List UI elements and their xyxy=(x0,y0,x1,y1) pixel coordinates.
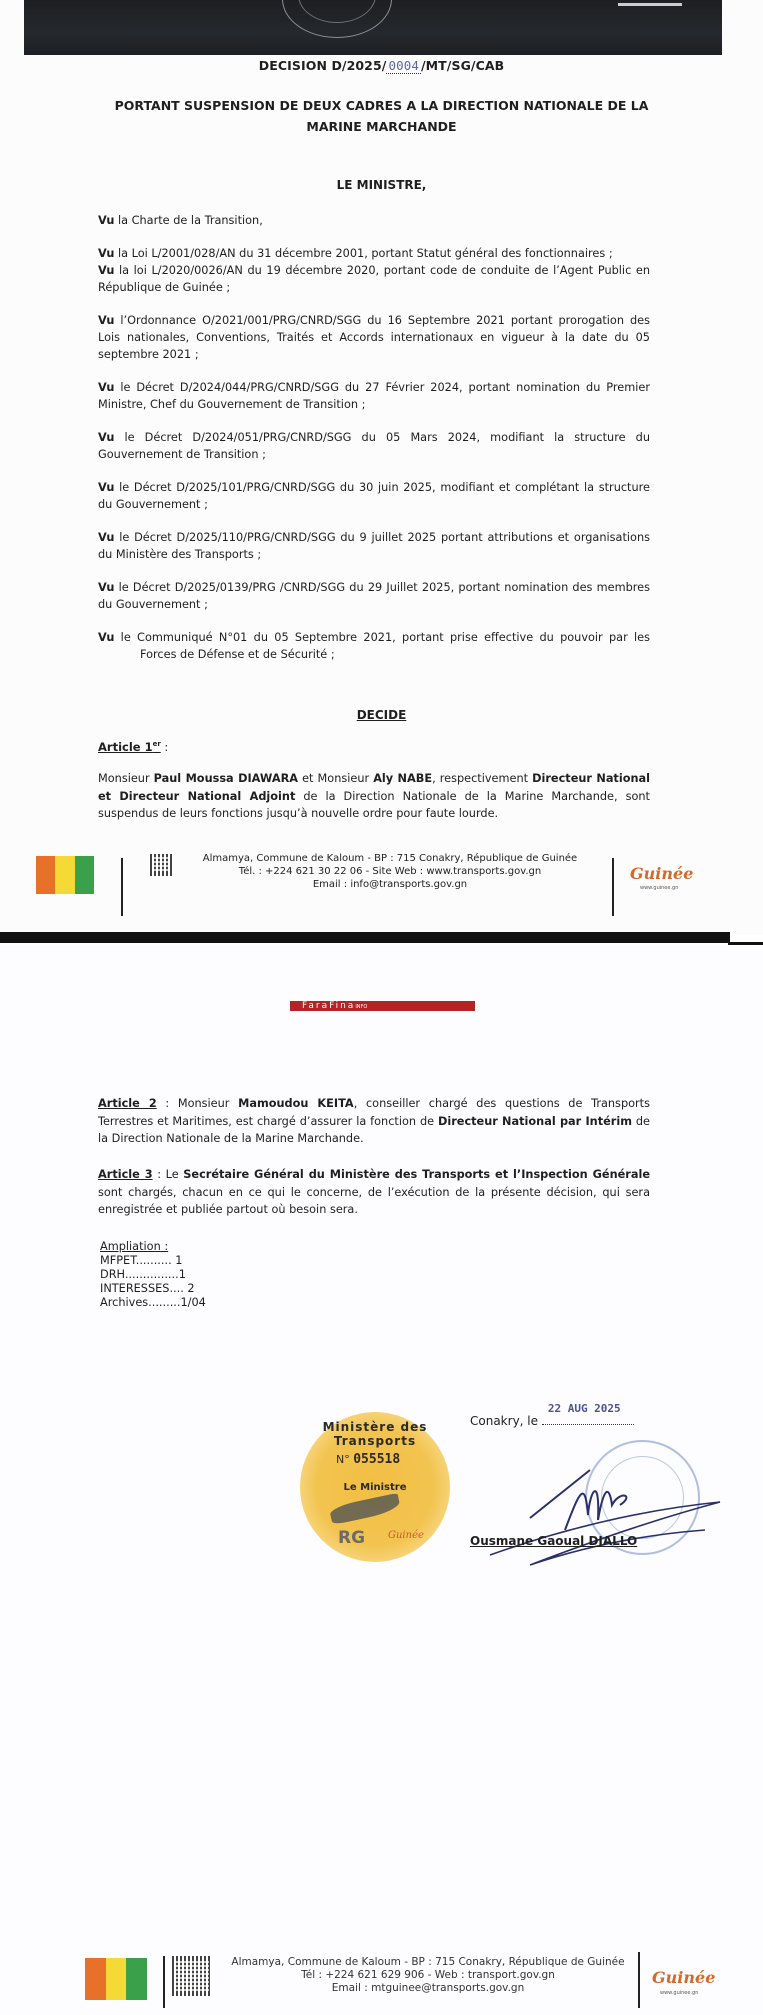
ampliation-title: Ampliation : xyxy=(100,1240,206,1254)
emphasized-text: Paul Moussa DIAWARA xyxy=(154,772,298,785)
stamp-number-label: N° xyxy=(336,1453,350,1466)
footer-address: Almamya, Commune de Kaloum - BP : 715 Co… xyxy=(175,852,605,865)
ampliation-item: INTERESSES.... 2 xyxy=(100,1282,206,1296)
footer-divider-left xyxy=(121,858,123,916)
considerant-item: Vu l’Ordonnance O/2021/001/PRG/CNRD/SGG … xyxy=(98,312,650,363)
considerant-item: Vu le Décret D/2025/101/PRG/CNRD/SGG du … xyxy=(98,479,650,513)
footer-phone-web: Tél. : +224 621 30 22 06 - Site Web : ww… xyxy=(175,865,605,878)
qr-code-icon xyxy=(150,854,172,876)
guinee-brand-logo: Guinée xyxy=(630,864,693,883)
page-separator xyxy=(0,932,730,943)
emphasized-text: Aly NABE xyxy=(373,772,432,785)
footer-address: Almamya, Commune de Kaloum - BP : 715 Co… xyxy=(222,1956,634,1969)
footer-email: Email : mtguinee@transports.gov.gn xyxy=(222,1982,634,1995)
date-line: 22 AUG 2025 xyxy=(542,1413,634,1425)
watermark-text: FaraFina xyxy=(302,1001,355,1011)
flag-green-band xyxy=(75,856,94,894)
footer-divider-right xyxy=(638,1952,640,2008)
article-label: Article 3 xyxy=(98,1168,153,1181)
guinee-brand-url: www.guinee.gn xyxy=(660,1990,698,1996)
signature-icon xyxy=(470,1460,730,1570)
considerant-lead: Vu xyxy=(98,264,114,277)
footer-divider-right xyxy=(612,858,614,916)
article-1-colon: : xyxy=(161,740,169,754)
date-stamp: 22 AUG 2025 xyxy=(548,1402,621,1415)
guinee-brand-logo: Guinée xyxy=(652,1968,715,1987)
footer-contact: Almamya, Commune de Kaloum - BP : 715 Co… xyxy=(222,1956,634,1995)
considerant-lead: Vu xyxy=(98,381,114,394)
body-text-segment: et Monsieur xyxy=(298,772,373,785)
stamp-ring-text: Ministère des Transports xyxy=(300,1420,450,1448)
flag-red-band xyxy=(85,1958,106,2000)
considerant-item: Vu la loi L/2020/0026/AN du 19 décembre … xyxy=(98,262,650,296)
flag-yellow-band xyxy=(55,856,74,894)
decision-suffix: /MT/SG/CAB xyxy=(421,58,504,73)
emphasized-text: Directeur National par Intérim xyxy=(438,1115,632,1128)
considerant-lead: Vu xyxy=(98,531,114,544)
stamp-brand: Guinée xyxy=(388,1530,424,1541)
considerant-item: Vu la Loi L/2001/028/AN du 31 décembre 2… xyxy=(98,245,650,262)
signatory-name: Ousmane Gaoual DIALLO xyxy=(470,1534,637,1548)
body-text-segment: sont chargés, chacun en ce qui le concer… xyxy=(98,1186,650,1217)
considerant-item: Vu le Décret D/2024/051/PRG/CNRD/SGG du … xyxy=(98,429,650,463)
article-label: Article 2 xyxy=(98,1097,157,1110)
farafina-watermark: FaraFinaINFO xyxy=(290,1001,475,1011)
article-2-body: Article 2 : Monsieur Mamoudou KEITA, con… xyxy=(98,1095,650,1148)
flag-red-band xyxy=(36,856,55,894)
considerant-lead: Vu xyxy=(98,214,114,227)
decide-heading: DECIDE xyxy=(0,708,763,722)
considerant-item: Vu le Décret D/2024/044/PRG/CNRD/SGG du … xyxy=(98,379,650,413)
article-1-title: Article 1 xyxy=(98,740,153,754)
footer-phone-web: Tél : +224 621 629 906 - Web : transport… xyxy=(222,1969,634,1982)
ampliation-block: Ampliation : MFPET.......... 1DRH.......… xyxy=(100,1240,206,1310)
emblem-inner-ring: MT xyxy=(298,0,376,23)
considerant-lead: Vu xyxy=(98,581,114,594)
emphasized-text: Secrétaire Général du Ministère des Tran… xyxy=(183,1168,650,1181)
ampliation-item: DRH...............1 xyxy=(100,1268,206,1282)
stamp-title: Le Ministre xyxy=(300,1482,450,1493)
flag-yellow-band xyxy=(106,1958,127,2000)
footer-contact: Almamya, Commune de Kaloum - BP : 715 Co… xyxy=(175,852,605,891)
body-text-segment: Monsieur xyxy=(98,772,154,785)
article-1-label: Article 1er : xyxy=(98,740,168,754)
page-1-footer: Almamya, Commune de Kaloum - BP : 715 Co… xyxy=(0,848,763,918)
place-label: Conakry, le xyxy=(470,1414,542,1428)
body-text-segment: : Le xyxy=(153,1168,184,1181)
considerant-item: Vu le Décret D/2025/110/PRG/CNRD/SGG du … xyxy=(98,529,650,563)
guinea-flag-icon xyxy=(36,856,94,894)
guinea-flag-icon xyxy=(85,1958,147,2000)
considerant-item: Vu le Décret D/2025/0139/PRG /CNRD/SGG d… xyxy=(98,579,650,613)
emphasized-text: Mamoudou KEITA xyxy=(238,1097,354,1110)
ampliation-list: MFPET.......... 1DRH...............1INTE… xyxy=(100,1254,206,1310)
ministry-stamp: Ministère des Transports N° 055518 Le Mi… xyxy=(300,1412,450,1562)
ampliation-item: MFPET.......... 1 xyxy=(100,1254,206,1268)
decision-reference: DECISION D/2025/0004/MT/SG/CAB xyxy=(0,58,763,74)
body-text-segment: : Monsieur xyxy=(157,1097,238,1110)
stamp-initials: RG xyxy=(338,1528,365,1548)
header-strip xyxy=(618,3,682,6)
footer-email: Email : info@transports.gov.gn xyxy=(175,878,605,891)
guinea-map-icon xyxy=(329,1493,401,1525)
considerant-lead: Vu xyxy=(98,314,114,327)
guinee-brand-url: www.guinee.gn xyxy=(640,885,678,891)
watermark-suffix: INFO xyxy=(355,1004,367,1010)
considerant-lead: Vu xyxy=(98,631,114,644)
place-and-date: Conakry, le 22 AUG 2025 xyxy=(470,1413,634,1428)
considerant-item: Vu la Charte de la Transition, xyxy=(98,212,650,229)
considerant-lead: Vu xyxy=(98,431,114,444)
stamp-number: N° 055518 xyxy=(336,1452,400,1467)
stamp-number-value: 055518 xyxy=(353,1452,400,1467)
considerant-lead: Vu xyxy=(98,247,114,260)
ampliation-item: Archives.........1/04 xyxy=(100,1296,206,1310)
article-1-body: Monsieur Paul Moussa DIAWARA et Monsieur… xyxy=(98,770,650,823)
considerant-item: Vu le Communiqué N°01 du 05 Septembre 20… xyxy=(98,629,650,663)
decision-prefix: DECISION D/2025/ xyxy=(259,58,387,73)
qr-code-icon xyxy=(172,1956,212,1996)
decision-number: 0004 xyxy=(386,58,421,74)
considerants-list: Vu la Charte de la Transition,Vu la Loi … xyxy=(98,212,650,663)
letterhead-band: MT xyxy=(24,0,722,55)
considerant-lead: Vu xyxy=(98,481,114,494)
article-1-sup: er xyxy=(153,740,161,748)
flag-green-band xyxy=(126,1958,147,2000)
article-3-body: Article 3 : Le Secrétaire Général du Min… xyxy=(98,1166,650,1219)
decision-page-1: MT DECISION D/2025/0004/MT/SG/CAB PORTAN… xyxy=(0,0,763,935)
page-2-footer: Almamya, Commune de Kaloum - BP : 715 Co… xyxy=(0,1948,763,2015)
body-text-segment: , respectivement xyxy=(432,772,532,785)
footer-divider-left xyxy=(163,1956,165,2008)
ministry-emblem-icon: MT xyxy=(282,0,392,38)
decision-subject: PORTANT SUSPENSION DE DEUX CADRES A LA D… xyxy=(90,95,673,137)
minister-heading: LE MINISTRE, xyxy=(0,178,763,192)
